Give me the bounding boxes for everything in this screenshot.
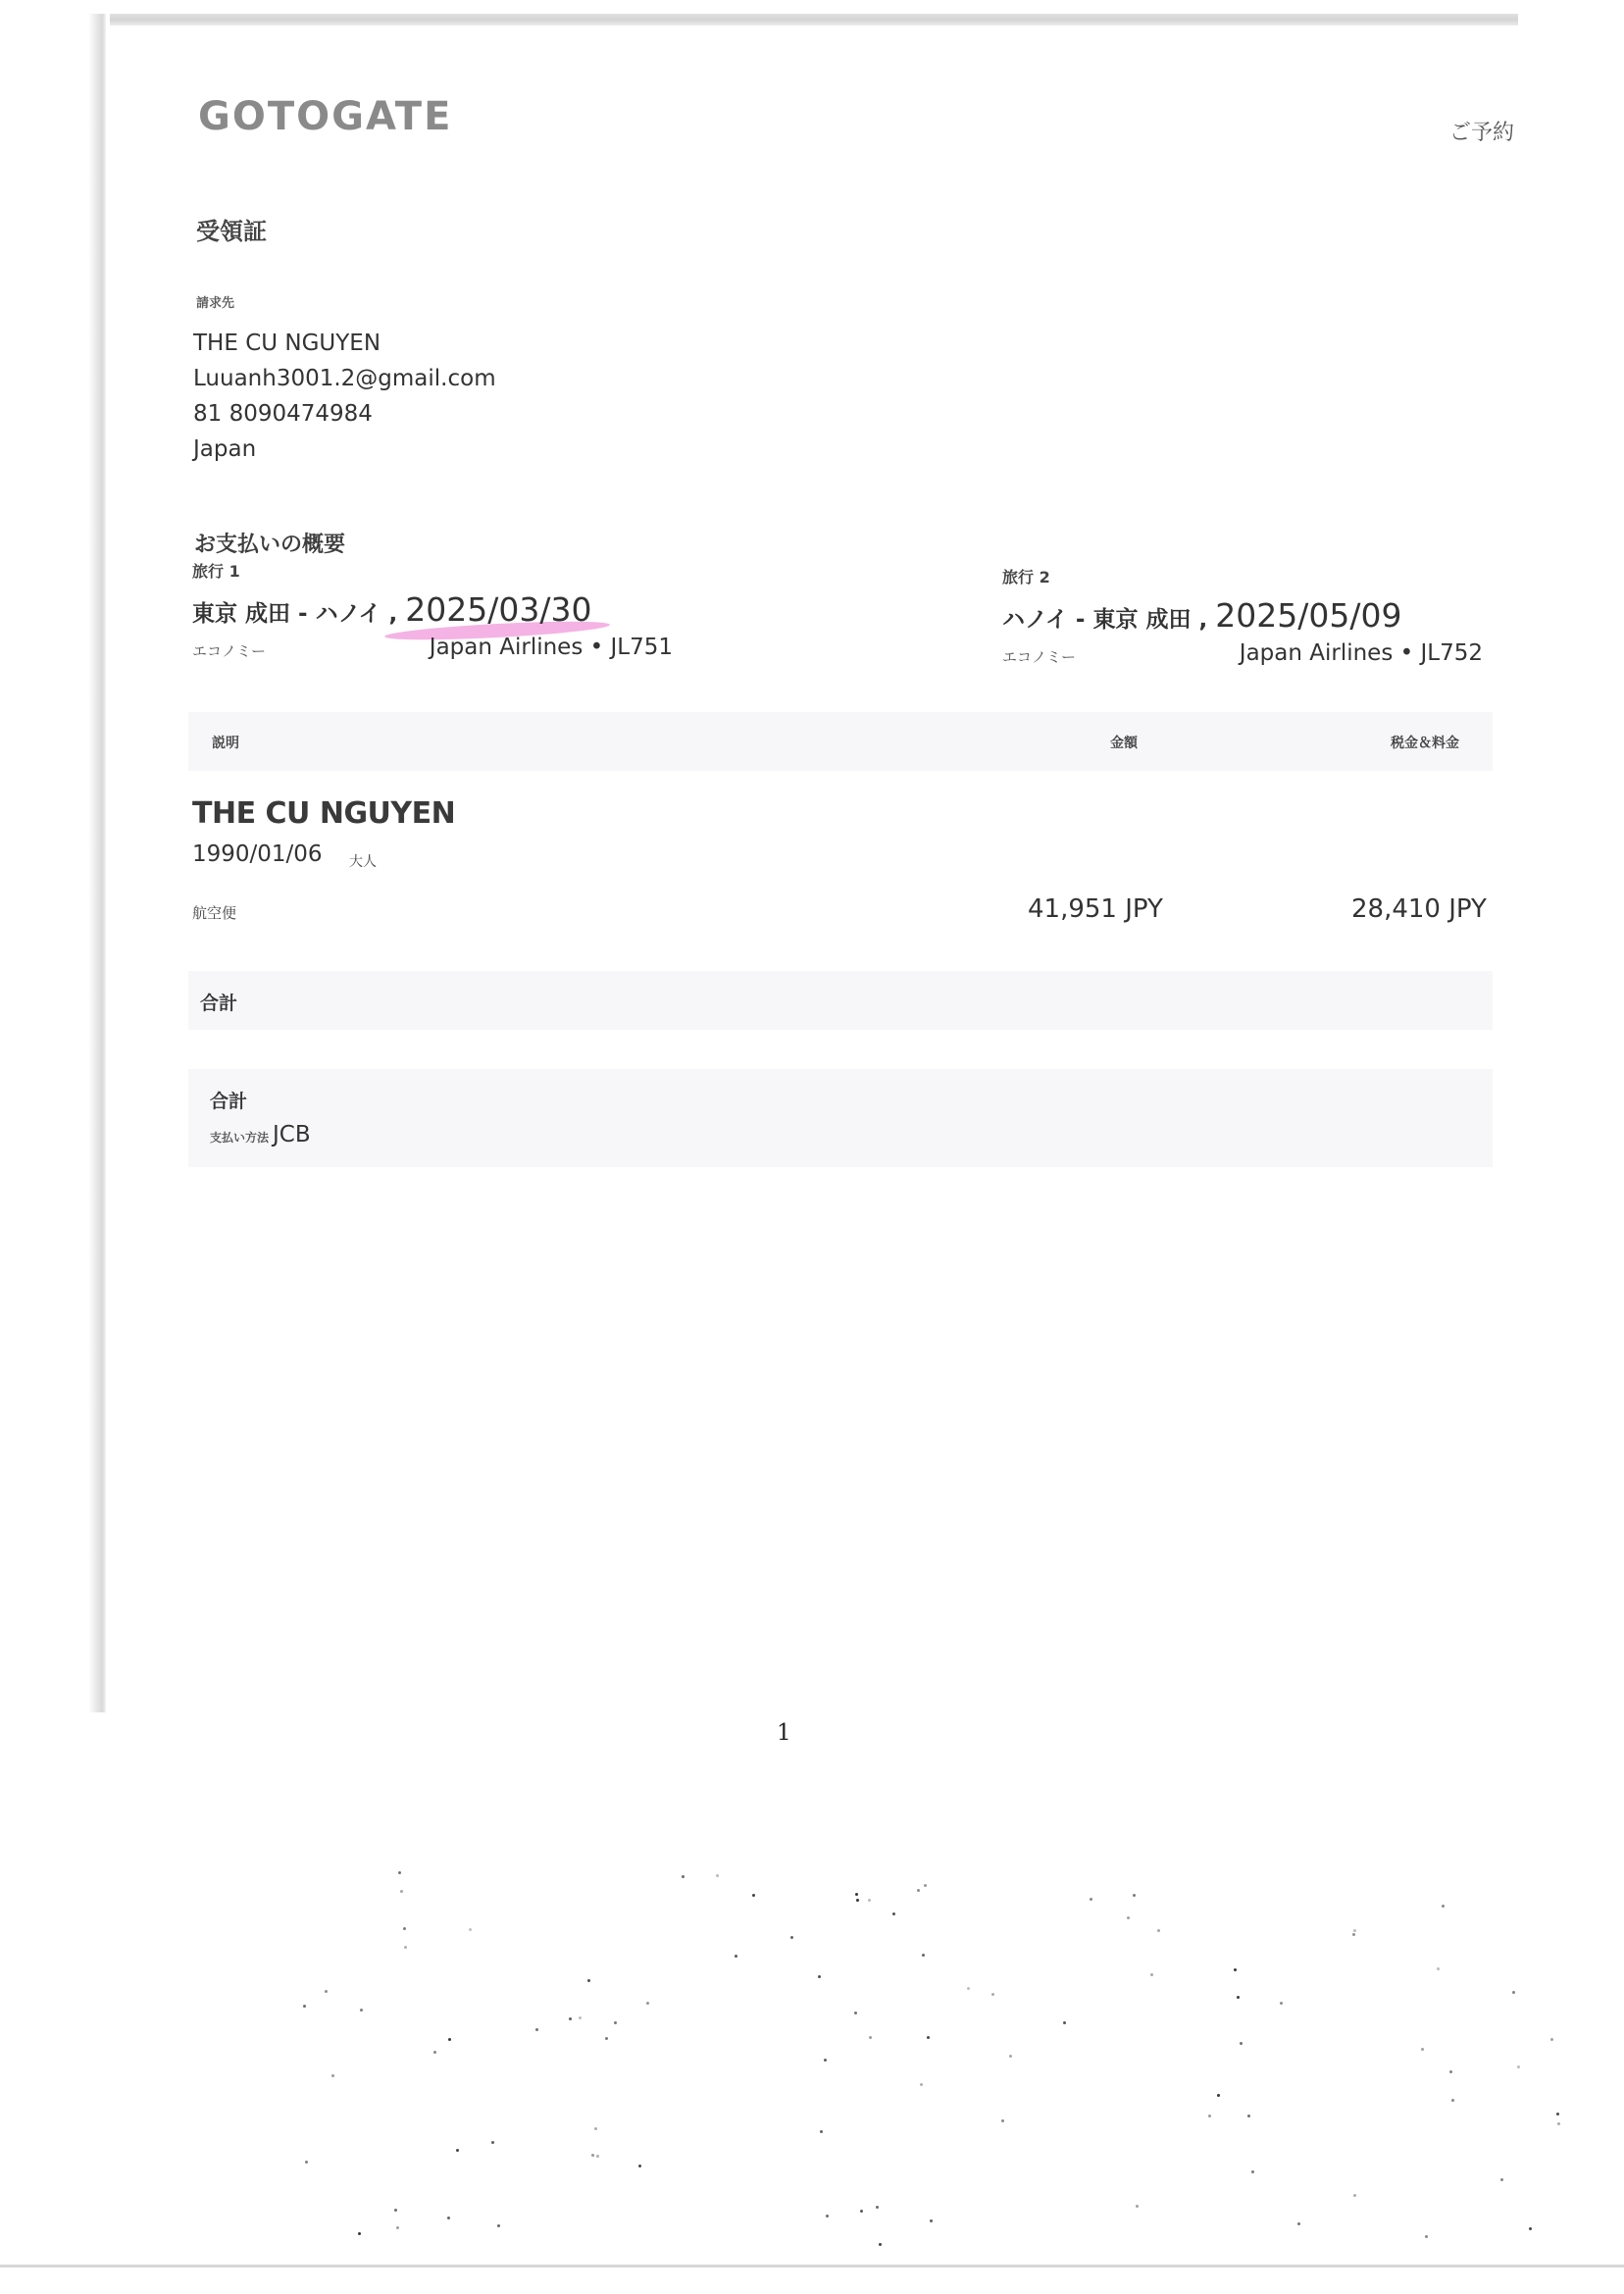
column-header-description: 説明 <box>212 733 239 752</box>
table-row-taxes: 28,410 JPY <box>1351 894 1487 924</box>
subtotal-band <box>188 971 1493 1030</box>
total-label: 合計 <box>210 1087 247 1113</box>
billing-name: THE CU NGUYEN <box>193 326 496 361</box>
billing-country: Japan <box>193 432 496 467</box>
passenger-name: THE CU NGUYEN <box>192 796 455 831</box>
leg-meta: エコノミー Japan Airlines • JL751 <box>192 635 673 661</box>
table-row-label: 航空便 <box>192 902 236 923</box>
scan-left-edge <box>88 14 106 1712</box>
leg-label: 旅行 2 <box>1002 565 1483 592</box>
gotogate-logo: GOTOGATE <box>198 94 452 139</box>
leg-1: 旅行 1 東京 成田 - ハノイ , 2025/03/30 エコノミー Japa… <box>192 559 673 661</box>
booking-label: ご予約 <box>1449 116 1514 146</box>
payment-summary-title: お支払いの概要 <box>194 528 345 558</box>
leg-cabin: エコノミー <box>192 635 266 661</box>
billing-label: 請求先 <box>196 292 234 311</box>
passenger-dob: 1990/01/06 <box>192 841 323 867</box>
leg-meta: エコノミー Japan Airlines • JL752 <box>1002 640 1483 667</box>
page-number: 1 <box>777 1720 791 1746</box>
column-header-taxes: 税金＆料金 <box>1391 733 1459 752</box>
scan-top-edge <box>110 14 1518 25</box>
billing-address: THE CU NGUYEN Luuanh3001.2@gmail.com 81 … <box>193 326 496 467</box>
payment-method-label: 支払い方法 <box>210 1131 269 1145</box>
leg-route-text: ハノイ - 東京 成田 <box>1002 607 1192 633</box>
column-header-amount: 金額 <box>1110 733 1138 752</box>
leg-route-text: 東京 成田 - ハノイ <box>192 601 381 627</box>
scan-bottom-edge <box>0 2265 1624 2268</box>
leg-date: 2025/05/09 <box>1215 596 1401 635</box>
payment-method: 支払い方法JCB <box>210 1122 311 1147</box>
leg-date: 2025/03/30 <box>405 590 591 629</box>
leg-route: 東京 成田 - ハノイ , 2025/03/30 <box>192 590 673 629</box>
subtotal-label: 合計 <box>200 989 237 1015</box>
passenger-type: 大人 <box>349 851 377 871</box>
leg-flight: Japan Airlines • JL751 <box>430 635 673 661</box>
total-band <box>188 1069 1493 1167</box>
leg-flight: Japan Airlines • JL752 <box>1240 640 1483 667</box>
leg-2: 旅行 2 ハノイ - 東京 成田 , 2025/05/09 エコノミー Japa… <box>1002 565 1483 667</box>
billing-phone: 81 8090474984 <box>193 396 496 432</box>
leg-label: 旅行 1 <box>192 559 673 586</box>
leg-route: ハノイ - 東京 成田 , 2025/05/09 <box>1002 596 1483 635</box>
payment-method-value: JCB <box>273 1122 311 1147</box>
receipt-title: 受領証 <box>196 212 267 246</box>
billing-email: Luuanh3001.2@gmail.com <box>193 361 496 396</box>
table-header-band <box>188 712 1493 771</box>
leg-cabin: エコノミー <box>1002 640 1076 667</box>
table-row-amount: 41,951 JPY <box>1028 894 1163 924</box>
